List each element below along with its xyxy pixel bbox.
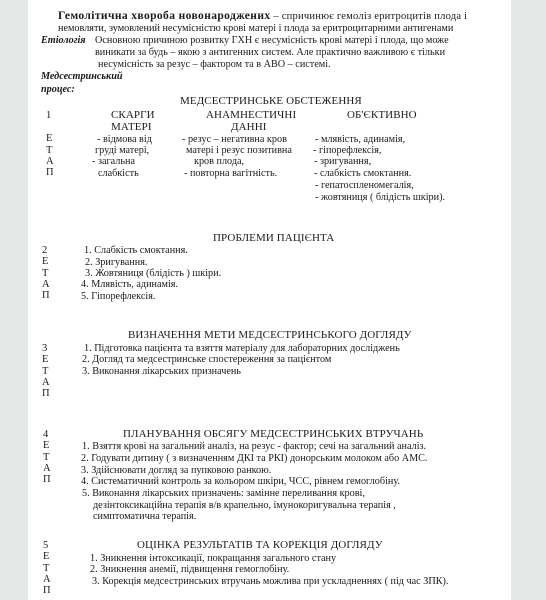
anamnesis-line: - повторна вагітність. [184,168,277,179]
goal-item: 2. Догляд та медсестринське спостереженн… [82,354,331,365]
stage1-letter: Е [46,133,54,144]
etiology-line-1: Основною причиною розвитку ГХН є несуміс… [95,35,449,46]
plan-item: 4. Систематичний контроль за кольором шк… [81,476,400,487]
stage1-letter: Т [46,145,54,156]
stage4-letter: А [43,463,51,474]
stage5-letter: А [43,574,51,585]
col-complaints-header-1: СКАРГИ [111,110,155,121]
col-complaints-header-2: МАТЕРІ [111,122,152,133]
complaint-line: - відмова від [97,134,152,145]
complaint-line: - загальна [92,156,135,167]
anamnesis-line: кров плода, [194,156,244,167]
complaint-line: груді матері, [95,145,149,156]
stage5-label: 5 Е Т А П [43,540,51,596]
stage1-label: 1 Е Т А П [46,110,54,178]
col-anamnesis-header-2: ДАННІ [231,122,267,133]
stage3-letter: П [42,388,50,399]
stage2-heading: ПРОБЛЕМИ ПАЦІЄНТА [213,233,334,244]
goal-item: 1. Підготовка пацієнта та взяття матеріа… [84,343,400,354]
stage5-number: 5 [43,540,51,551]
document-page: Гемолітична хвороба новонароджених – спр… [28,0,511,600]
col-objective-header: ОБ'ЄКТИВНО [347,110,417,121]
evaluation-item: 3. Корекція медсестринських втручань мож… [92,576,448,587]
stage4-heading: ПЛАНУВАННЯ ОБСЯГУ МЕДСЕСТРИНСЬКИХ ВТРУЧА… [123,429,423,440]
plan-item-cont: дезінтоксикаційна терапія в/в крапельно,… [93,500,396,511]
anamnesis-line: матері і резус позитивна [186,145,292,156]
objective-line: - зригування, [314,156,371,167]
definition-part-1: – спричинює гемоліз еритроцитів плода і [271,11,468,22]
stage2-letter: Т [42,268,50,279]
stage4-letter: Т [43,452,51,463]
stage4-number: 4 [43,429,51,440]
plan-item: 5. Виконання лікарських призначень: замі… [82,488,365,499]
process-label-1: Медсестринський [41,71,123,82]
stage2-letter: Е [42,256,50,267]
process-label-2: процес: [41,84,75,95]
stage2-letter: А [42,279,50,290]
stage1-heading: МЕДСЕСТРИНСЬКЕ ОБСТЕЖЕННЯ [180,96,362,107]
etiology-label: Етіологія [41,35,86,46]
stage4-letter: Е [43,440,51,451]
stage2-label: 2 Е Т А П [42,245,50,301]
stage5-letter: Т [43,563,51,574]
etiology-line-3: несумісність за резус – фактором та в АВ… [98,59,331,70]
etiology-line-2: виникати за будь – якою з антигенних сис… [95,47,445,58]
stage1-letter: П [46,167,54,178]
stage5-heading: ОЦІНКА РЕЗУЛЬТАТІВ ТА КОРЕКЦІЯ ДОГЛЯДУ [137,540,383,551]
objective-line: - млявість, адинамія, [315,134,405,145]
anamnesis-line: - резус – негативна кров [182,134,287,145]
problem-item: 3. Жовтяниця (блідість ) шкіри. [85,268,221,279]
problem-item: 2. Зригування. [85,257,147,268]
evaluation-item: 2. Зникнення анемії, підвищення гемоглоб… [90,564,289,575]
stage3-letter: Е [42,354,50,365]
stage2-letter: П [42,290,50,301]
problem-item: 5. Гіпорефлексія. [81,291,155,302]
stage5-letter: П [43,585,51,596]
stage1-letter: А [46,156,54,167]
disease-title: Гемолітична хвороба новонароджених [58,10,271,22]
plan-item: 2. Годувати дитину ( з визначенням ДКІ т… [81,453,427,464]
stage3-heading: ВИЗНАЧЕННЯ МЕТИ МЕДСЕСТРИНСЬКОГО ДОГЛЯДУ [128,330,412,341]
complaint-line: слабкість [98,168,139,179]
stage5-letter: Е [43,551,51,562]
stage3-number: 3 [42,343,50,354]
evaluation-item: 1. Зникнення інтоксикації, покращання за… [90,553,336,564]
goal-item: 3. Виконання лікарських призначень [82,366,241,377]
stage2-number: 2 [42,245,50,256]
problem-item: 1. Слабкість смоктання. [84,245,188,256]
problem-item: 4. Млявість, адинамія. [81,279,178,290]
objective-line: - жовтяниця ( блідість шкіри). [315,192,445,203]
col-anamnesis-header-1: АНАМНЕСТИЧНІ [206,110,296,121]
plan-item-cont: симптоматична терапія. [93,511,196,522]
plan-item: 3. Здійснювати догляд за пупковою ранкою… [81,465,271,476]
stage1-number: 1 [46,110,54,121]
definition-part-2: немовляти, зумовлений несумісністю крові… [58,23,453,34]
stage3-label: 3 Е Т А П [42,343,50,399]
stage3-letter: Т [42,366,50,377]
objective-line: - гіпорефлексія, [313,145,381,156]
intro-line-1: Гемолітична хвороба новонароджених – спр… [58,11,467,22]
objective-line: - слабкість смоктання. [314,168,411,179]
objective-line: - гепатоспленомегалія, [315,180,414,191]
stage4-letter: П [43,474,51,485]
stage3-letter: А [42,377,50,388]
stage4-label: 4 Е Т А П [43,429,51,485]
plan-item: 1. Взяття крові на загальний аналіз, на … [82,441,426,452]
